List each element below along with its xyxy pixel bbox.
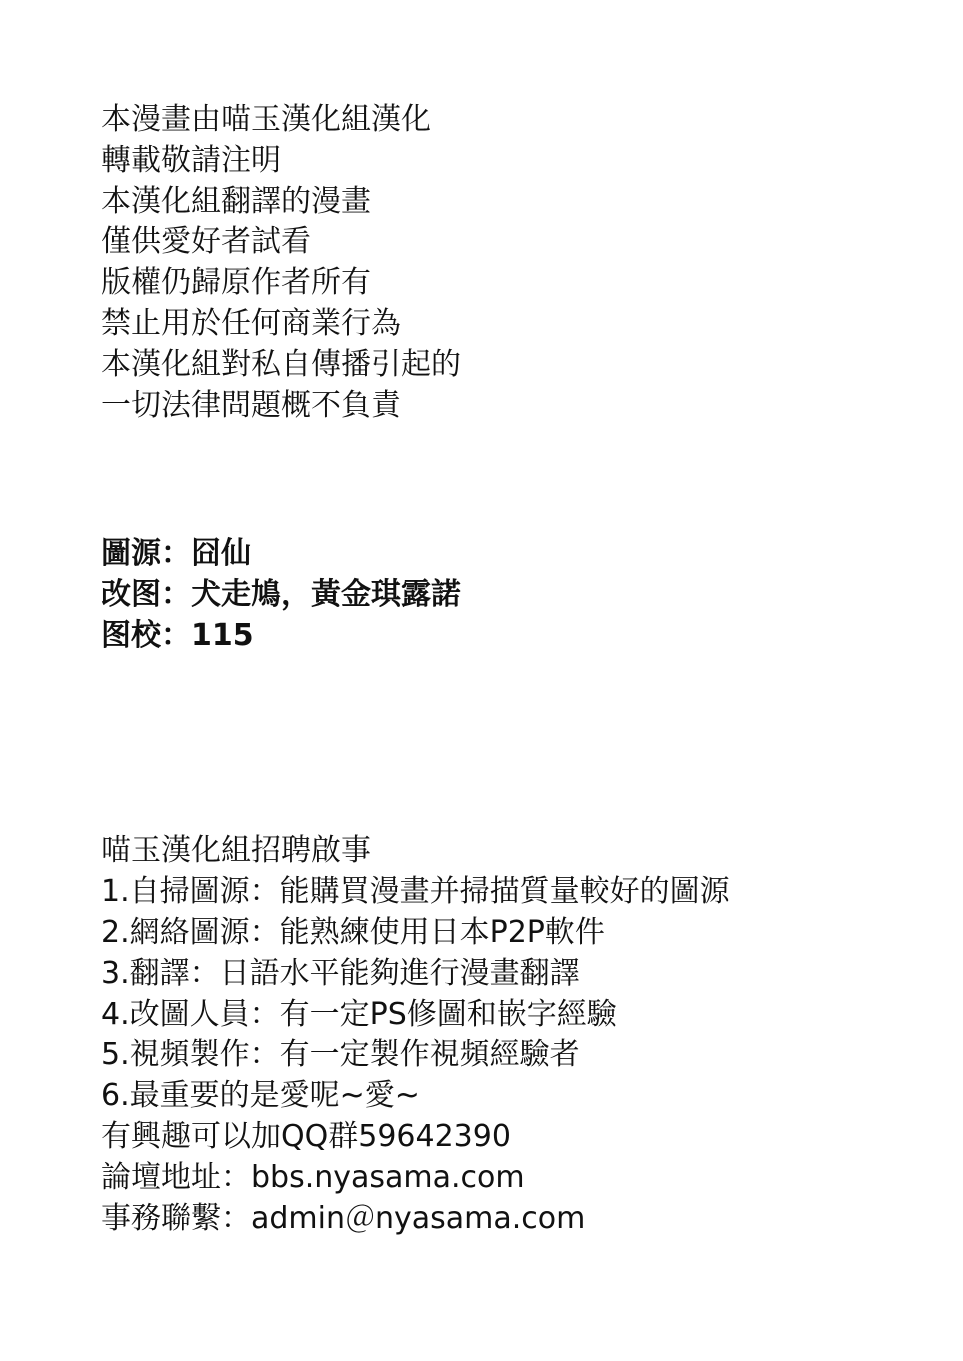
disclaimer-line: 本漢化組對私自傳播引起的 [101,345,461,386]
recruitment-title: 喵玉漢化組招聘啟事 [101,831,730,872]
contact-email: 事務聯繫：admin＠nyasama.com [101,1199,730,1240]
recruitment-item: 6.最重要的是愛呢~愛~ [101,1076,730,1117]
forum-address: 論壇地址：bbs.nyasama.com [101,1158,730,1199]
disclaimer-line: 一切法律問題概不負責 [101,386,461,427]
disclaimer-line: 轉載敬請注明 [101,141,461,182]
recruitment-item: 1.自掃圖源：能購買漫畫并掃描質量較好的圖源 [101,872,730,913]
recruitment-item: 3.翻譯：日語水平能夠進行漫畫翻譯 [101,954,730,995]
credit-source: 圖源：囧仙 [101,533,461,574]
disclaimer-line: 版權仍歸原作者所有 [101,263,461,304]
disclaimer-line: 本漢化組翻譯的漫畫 [101,182,461,223]
recruitment-item: 4.改圖人員：有一定PS修圖和嵌字經驗 [101,995,730,1036]
qq-group-text: 有興趣可以加QQ群59642390 [101,1117,730,1158]
recruitment-item: 2.網絡圖源：能熟練使用日本P2P軟件 [101,913,730,954]
disclaimer-block: 本漫畫由喵玉漢化組漢化 轉載敬請注明 本漢化組翻譯的漫畫 僅供愛好者試看 版權仍… [101,100,461,426]
recruitment-block: 喵玉漢化組招聘啟事 1.自掃圖源：能購買漫畫并掃描質量較好的圖源 2.網絡圖源：… [101,831,730,1240]
disclaimer-line: 禁止用於任何商業行為 [101,304,461,345]
credit-editing: 改图：犬走鳩，黃金琪露諾 [101,574,461,615]
credits-block: 圖源：囧仙 改图：犬走鳩，黃金琪露諾 图校：115 [101,533,461,656]
disclaimer-line: 本漫畫由喵玉漢化組漢化 [101,100,461,141]
credit-proofreading: 图校：115 [101,615,461,656]
disclaimer-line: 僅供愛好者試看 [101,222,461,263]
recruitment-item: 5.視頻製作：有一定製作視頻經驗者 [101,1035,730,1076]
